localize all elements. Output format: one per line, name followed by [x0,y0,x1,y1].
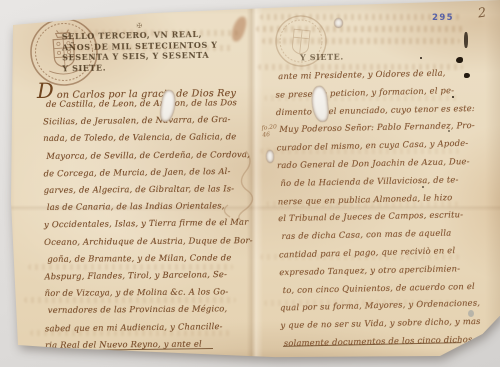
ink-smudge [230,15,248,43]
handwritten-text-line: ñor de Vizcaya, y de Molina &c. A los Go… [45,283,254,302]
right-page: Y SIETE. 295 2 fo.20 46 ante mi Presiden… [252,0,500,367]
left-page: 23¼ [0,0,252,367]
ink-speck [422,186,424,188]
manuscript-paper: 23¼ [0,0,500,367]
photo-background: 23¼ [0,0,500,367]
handwritten-text-line: Oceano, Archiduque de Austria, Duque de … [44,232,253,251]
paper-shadow: 23¼ [0,0,500,367]
ink-blot [456,57,463,63]
printed-text-line: Y SIETE. [62,60,218,73]
page-number-stamp: 295 [432,13,454,23]
ink-speck [420,57,422,59]
left-handwritten-block: de Castilla, de Leon, de Aragon, de las … [43,94,254,354]
handwritten-text-line: Abspurg, Flandes, Tirol, y Barcelona, Se… [44,266,253,286]
right-handwritten-block: ante mi Presidente, y Oidores de ella,se… [275,64,481,353]
tax-stamp-header-lines: SELLO TERCERO, VN REAL,AÑOS DE MIL SETEC… [62,29,218,74]
ink-blot [464,32,468,48]
handwritten-text-line: vernadores de las Provincias de Mégico, [48,301,254,320]
paper-hole [266,150,274,163]
tax-stamp-header: ✠ SELLO TERCERO, VN REAL,AÑOS DE MIL SET… [62,21,218,74]
folio-mark: 2 [477,5,487,21]
archival-mark: 23¼ [50,6,66,14]
ink-speck [452,96,454,98]
gray-spot [468,310,474,317]
handwritten-text-line: ria Real del Nuevo Reyno, y ante el [45,335,254,354]
ink-speck [448,130,450,132]
handwritten-text-line: sabed que en mi Audiencia, y Chancille- [45,317,254,337]
stamp-echo-text: Y SIETE. [300,52,344,63]
paper-hole [334,18,343,28]
rubric-flourish-icon [208,145,256,223]
handwritten-text-line: Sicilias, de Jerusalen, de Navarra, de G… [43,111,252,131]
